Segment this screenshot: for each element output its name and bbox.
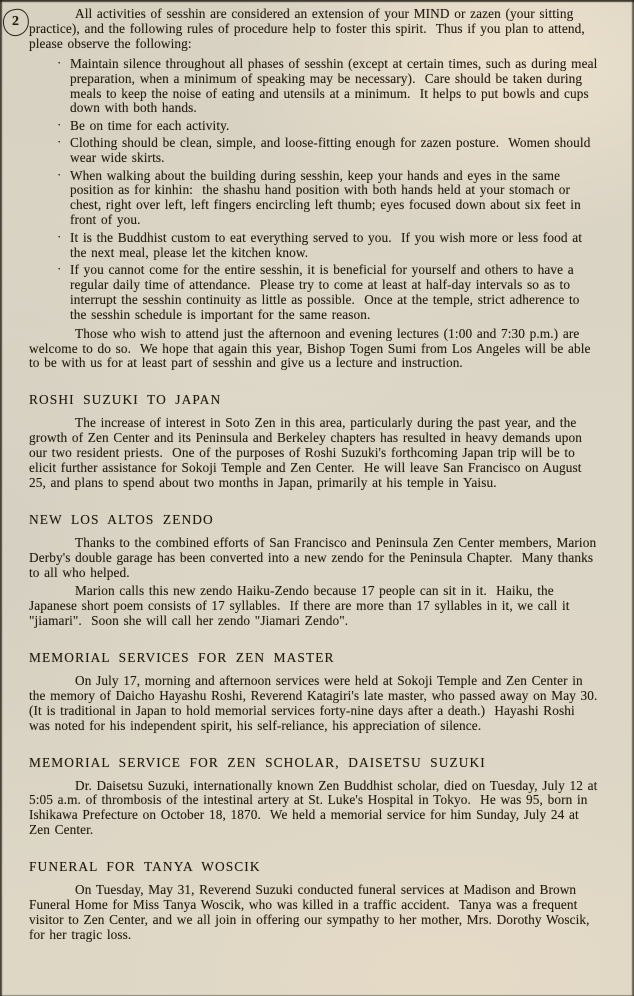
bullet-icon: · [57,135,61,150]
scanned-newsletter-page: 2 All activities of sesshin are consider… [0,0,634,943]
section-paragraph: The increase of interest in Soto Zen in … [29,416,598,491]
section-memorial-service-daisetsu-suzuki: MEMORIAL SERVICE FOR ZEN SCHOLAR, DAISET… [29,756,598,839]
bullet-icon: · [57,262,61,277]
rule-text: When walking about the building during s… [70,168,585,228]
section-paragraph: Marion calls this new zendo Haiku-Zendo … [29,584,598,629]
closing-paragraph: Those who wish to attend just the aftern… [29,327,598,372]
section-title: MEMORIAL SERVICES FOR ZEN MASTER [29,651,598,666]
section-title: ROSHI SUZUKI TO JAPAN [29,393,598,408]
rule-item: · It is the Buddhist custom to eat every… [70,231,598,261]
rule-item: · When walking about the building during… [70,169,598,229]
bullet-icon: · [57,56,61,71]
section-paragraph: On July 17, morning and afternoon servic… [29,674,598,734]
rule-item: · Clothing should be clean, simple, and … [70,136,598,166]
rule-item: · Be on time for each activity. [70,119,598,134]
bullet-icon: · [57,168,61,183]
section-title: FUNERAL FOR TANYA WOSCIK [29,860,598,875]
section-title: NEW LOS ALTOS ZENDO [29,513,598,528]
section-paragraph: Thanks to the combined efforts of San Fr… [29,536,598,581]
bullet-icon: · [57,118,61,133]
rule-text: If you cannot come for the entire sesshi… [70,262,584,322]
section-memorial-services-zen-master: MEMORIAL SERVICES FOR ZEN MASTER On July… [29,651,598,734]
intro-paragraph: All activities of sesshin are considered… [29,7,598,52]
rule-text: It is the Buddhist custom to eat everyth… [70,230,587,260]
rule-item: · Maintain silence throughout all phases… [70,57,598,117]
section-new-los-altos-zendo: NEW LOS ALTOS ZENDO Thanks to the combin… [29,513,598,629]
section-title: MEMORIAL SERVICE FOR ZEN SCHOLAR, DAISET… [29,756,598,771]
bullet-icon: · [57,230,61,245]
rule-text: Maintain silence throughout all phases o… [70,56,602,116]
page-number-badge: 2 [1,7,31,37]
section-paragraph: Dr. Daisetsu Suzuki, internationally kno… [29,779,598,839]
section-paragraph: On Tuesday, May 31, Reverend Suzuki cond… [29,883,598,943]
page-number: 2 [12,15,19,30]
rule-text: Be on time for each activity. [70,118,229,133]
sesshin-rules-list: · Maintain silence throughout all phases… [29,57,598,323]
section-funeral-tanya-woscik: FUNERAL FOR TANYA WOSCIK On Tuesday, May… [29,860,598,943]
rule-text: Clothing should be clean, simple, and lo… [70,135,595,165]
section-roshi-suzuki-to-japan: ROSHI SUZUKI TO JAPAN The increase of in… [29,393,598,490]
rule-item: · If you cannot come for the entire sess… [70,263,598,323]
